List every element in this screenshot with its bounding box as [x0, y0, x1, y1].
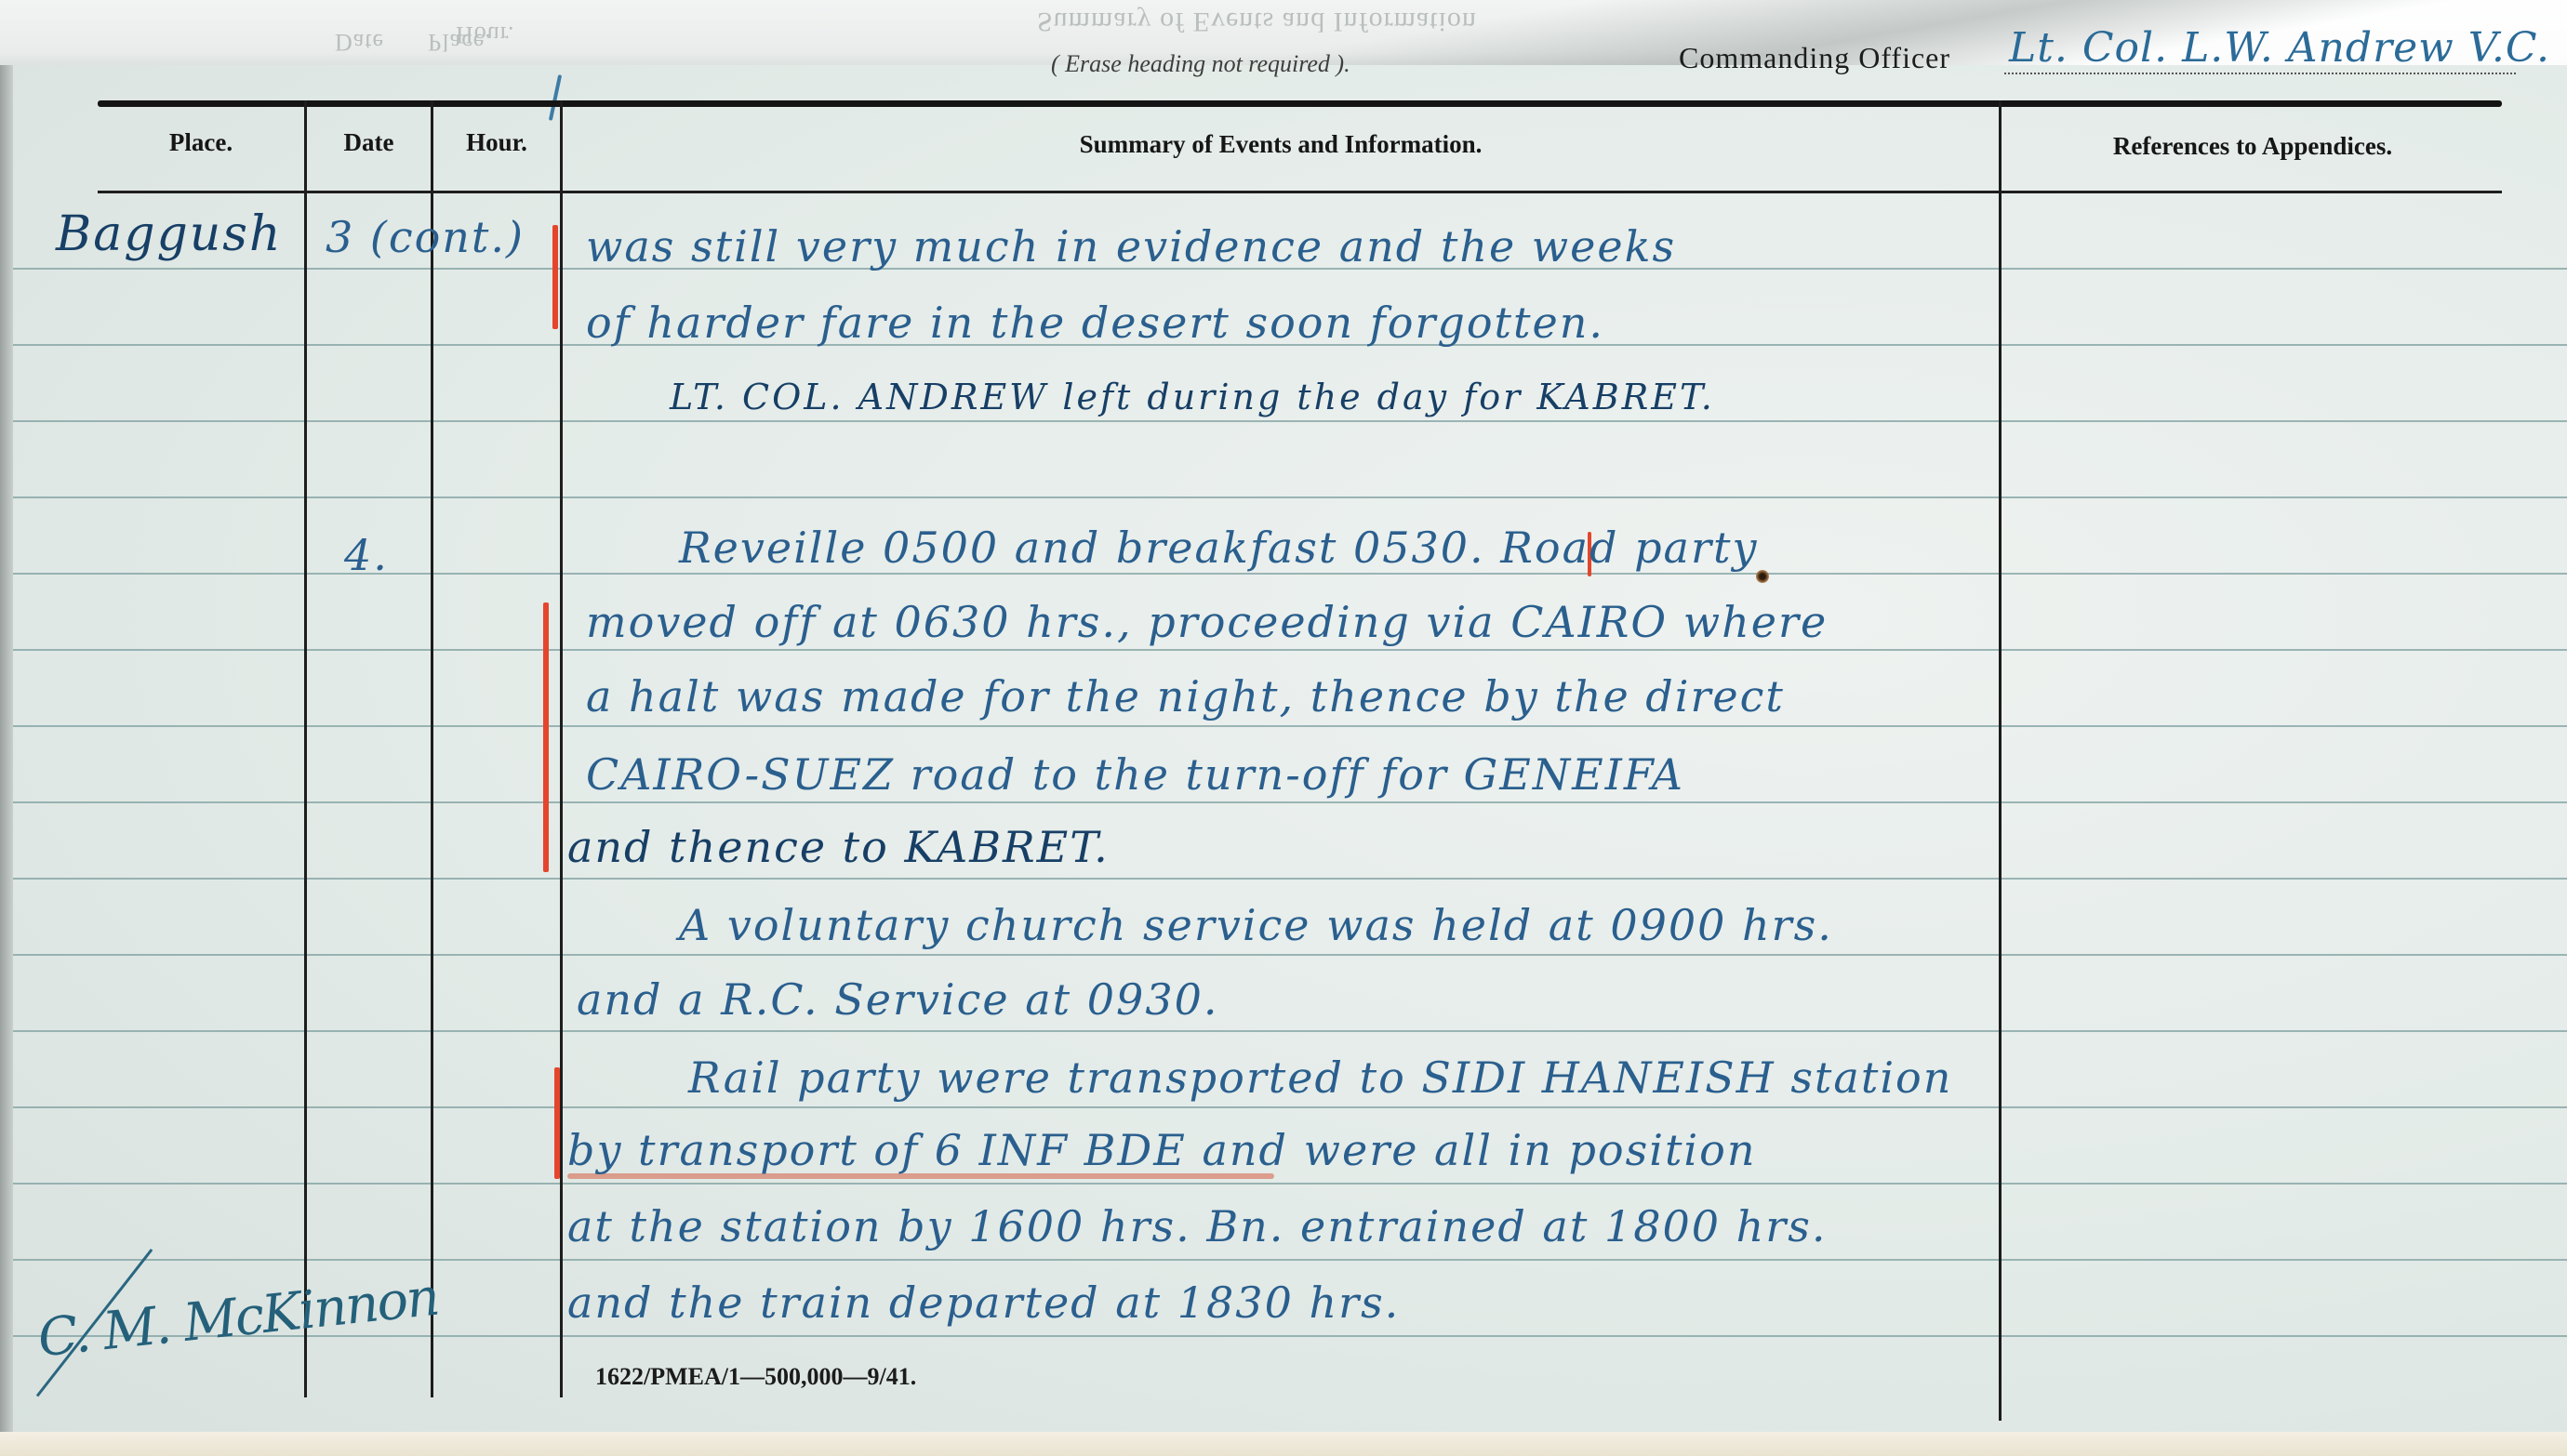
- summary-line: moved off at 0630 hrs., proceeding via C…: [586, 597, 1828, 647]
- column-header-place: Place.: [98, 128, 304, 157]
- commanding-officer-value: Lt. Col. L.W. Andrew V.C.: [2009, 24, 2550, 72]
- ruled-line: [13, 573, 2567, 575]
- column-header-hour: Hour.: [433, 128, 560, 157]
- header-bottom-rule: [98, 191, 2502, 193]
- summary-line: Reveille 0500 and breakfast 0530. Road p…: [679, 523, 1758, 573]
- ruled-line: [13, 1259, 2567, 1261]
- form-print-code: 1622/PMEA/1—500,000—9/41.: [595, 1363, 916, 1391]
- ruled-line: [13, 1335, 2567, 1337]
- date-entry-3-cont: 3 (cont.): [326, 212, 525, 262]
- summary-line: A voluntary church service was held at 0…: [679, 900, 1833, 950]
- summary-line: a halt was made for the night, thence by…: [586, 671, 1785, 721]
- ruled-line: [13, 801, 2567, 803]
- summary-line: Rail party were transported to SIDI HANE…: [688, 1052, 1952, 1103]
- commanding-officer-dotted-line: [2004, 73, 2516, 74]
- ruled-line: [13, 649, 2567, 651]
- header-top-rule: [98, 100, 2502, 107]
- ruled-line: [13, 725, 2567, 727]
- red-margin-mark: [554, 1067, 560, 1179]
- column-header-references: References to Appendices.: [2002, 132, 2504, 161]
- erase-heading-note: ( Erase heading not required ).: [1051, 50, 1350, 78]
- ghost-header-date: Date: [335, 28, 384, 56]
- summary-line: by transport of 6 INF BDE and were all i…: [567, 1125, 1756, 1175]
- ruled-line: [13, 954, 2567, 956]
- summary-line: and thence to KABRET.: [567, 822, 1110, 872]
- date-entry-4: 4.: [344, 530, 389, 580]
- column-divider-date-hour: [431, 100, 433, 1397]
- column-divider-hour-summary: [560, 100, 563, 1397]
- summary-line: and a R.C. Service at 0930.: [577, 974, 1218, 1025]
- summary-line: was still very much in evidence and the …: [586, 221, 1676, 271]
- summary-line: CAIRO-SUEZ road to the turn-off for GENE…: [586, 749, 1684, 800]
- summary-line: and the train departed at 1830 hrs.: [567, 1277, 1400, 1328]
- ruled-line: [13, 1030, 2567, 1032]
- column-header-date: Date: [307, 128, 431, 157]
- ghost-header-hour: Hour.: [456, 20, 515, 48]
- red-margin-mark: [552, 225, 558, 329]
- ruled-line: [13, 496, 2567, 498]
- summary-line: at the station by 1600 hrs. Bn. entraine…: [567, 1201, 1827, 1251]
- summary-line: of harder fare in the desert soon forgot…: [586, 298, 1604, 348]
- place-entry: Baggush: [56, 206, 282, 262]
- ruled-line: [13, 878, 2567, 880]
- column-header-summary: Summary of Events and Information.: [563, 130, 1999, 159]
- column-divider-place-date: [304, 100, 307, 1397]
- ruled-line: [13, 420, 2567, 422]
- red-margin-mark: [543, 602, 549, 872]
- commanding-officer-label: Commanding Officer: [1679, 41, 1950, 75]
- column-divider-summary-references: [1999, 100, 2002, 1421]
- binder-edge: [0, 65, 13, 1441]
- ruled-line: [13, 1106, 2567, 1108]
- sheet-bottom-edge: [0, 1432, 2567, 1456]
- summary-line: LT. COL. ANDREW left during the day for …: [670, 377, 1715, 417]
- ruled-line: [13, 1183, 2567, 1185]
